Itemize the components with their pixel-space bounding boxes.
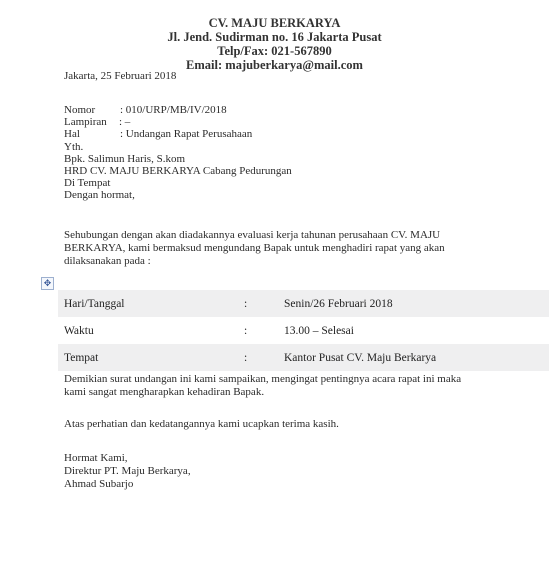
detail-value: Kantor Pusat CV. Maju Berkarya	[284, 352, 549, 364]
meta-value-nomor: : 010/URP/MB/IV/2018	[120, 104, 227, 116]
meta-value-lampiran: : –	[119, 116, 130, 128]
move-handle-icon[interactable]: ✥	[41, 277, 54, 290]
closing-paragraph: Demikian surat undangan ini kami sampaik…	[64, 373, 504, 399]
recipient-line: Yth.	[64, 141, 292, 153]
company-address: Jl. Jend. Sudirman no. 16 Jakarta Pusat	[0, 30, 549, 44]
recipient-line: Bpk. Salimun Haris, S.kom	[64, 153, 292, 165]
table-row: Waktu : 13.00 – Selesai	[58, 317, 549, 344]
signature-block: Hormat Kami, Direktur PT. Maju Berkarya,…	[64, 452, 191, 491]
date-line: Jakarta, 25 Februari 2018	[64, 70, 176, 83]
signature-line: Direktur PT. Maju Berkarya,	[64, 465, 191, 478]
detail-separator: :	[244, 325, 284, 337]
signer-name: Ahmad Subarjo	[64, 478, 191, 491]
meta-label-nomor: Nomor	[64, 104, 120, 116]
letterhead: CV. MAJU BERKARYA Jl. Jend. Sudirman no.…	[0, 16, 549, 72]
detail-label: Waktu	[58, 325, 244, 337]
thanks-line: Atas perhatian dan kedatangannya kami uc…	[64, 418, 504, 431]
letter-meta: Nomor: 010/URP/MB/IV/2018 Lampiran: – Ha…	[64, 104, 252, 140]
details-table: Hari/Tanggal : Senin/26 Februari 2018 Wa…	[58, 290, 549, 371]
detail-separator: :	[244, 298, 284, 310]
meta-label-lampiran: Lampiran	[64, 116, 119, 128]
intro-line: BERKARYA, kami bermaksud mengundang Bapa…	[64, 242, 504, 255]
intro-paragraph: Sehubungan dengan akan diadakannya evalu…	[64, 229, 504, 268]
detail-value: 13.00 – Selesai	[284, 325, 549, 337]
salutation: Dengan hormat,	[64, 189, 292, 201]
signature-line: Hormat Kami,	[64, 452, 191, 465]
detail-label: Hari/Tanggal	[58, 298, 244, 310]
intro-line: Sehubungan dengan akan diadakannya evalu…	[64, 229, 504, 242]
detail-separator: :	[244, 352, 284, 364]
detail-label: Tempat	[58, 352, 244, 364]
meta-label-hal: Hal	[64, 128, 120, 140]
intro-line: dilaksanakan pada :	[64, 255, 504, 268]
closing-line: kami sangat mengharapkan kehadiran Bapak…	[64, 386, 504, 399]
detail-value: Senin/26 Februari 2018	[284, 298, 549, 310]
meta-value-hal: : Undangan Rapat Perusahaan	[120, 128, 252, 140]
table-row: Tempat : Kantor Pusat CV. Maju Berkarya	[58, 344, 549, 371]
recipient-block: Yth. Bpk. Salimun Haris, S.kom HRD CV. M…	[64, 141, 292, 201]
closing-line: Demikian surat undangan ini kami sampaik…	[64, 373, 504, 386]
company-name: CV. MAJU BERKARYA	[0, 16, 549, 30]
company-phone: Telp/Fax: 021-567890	[0, 44, 549, 58]
table-row: Hari/Tanggal : Senin/26 Februari 2018	[58, 290, 549, 317]
recipient-line: HRD CV. MAJU BERKARYA Cabang Pedurungan	[64, 165, 292, 177]
recipient-line: Di Tempat	[64, 177, 292, 189]
